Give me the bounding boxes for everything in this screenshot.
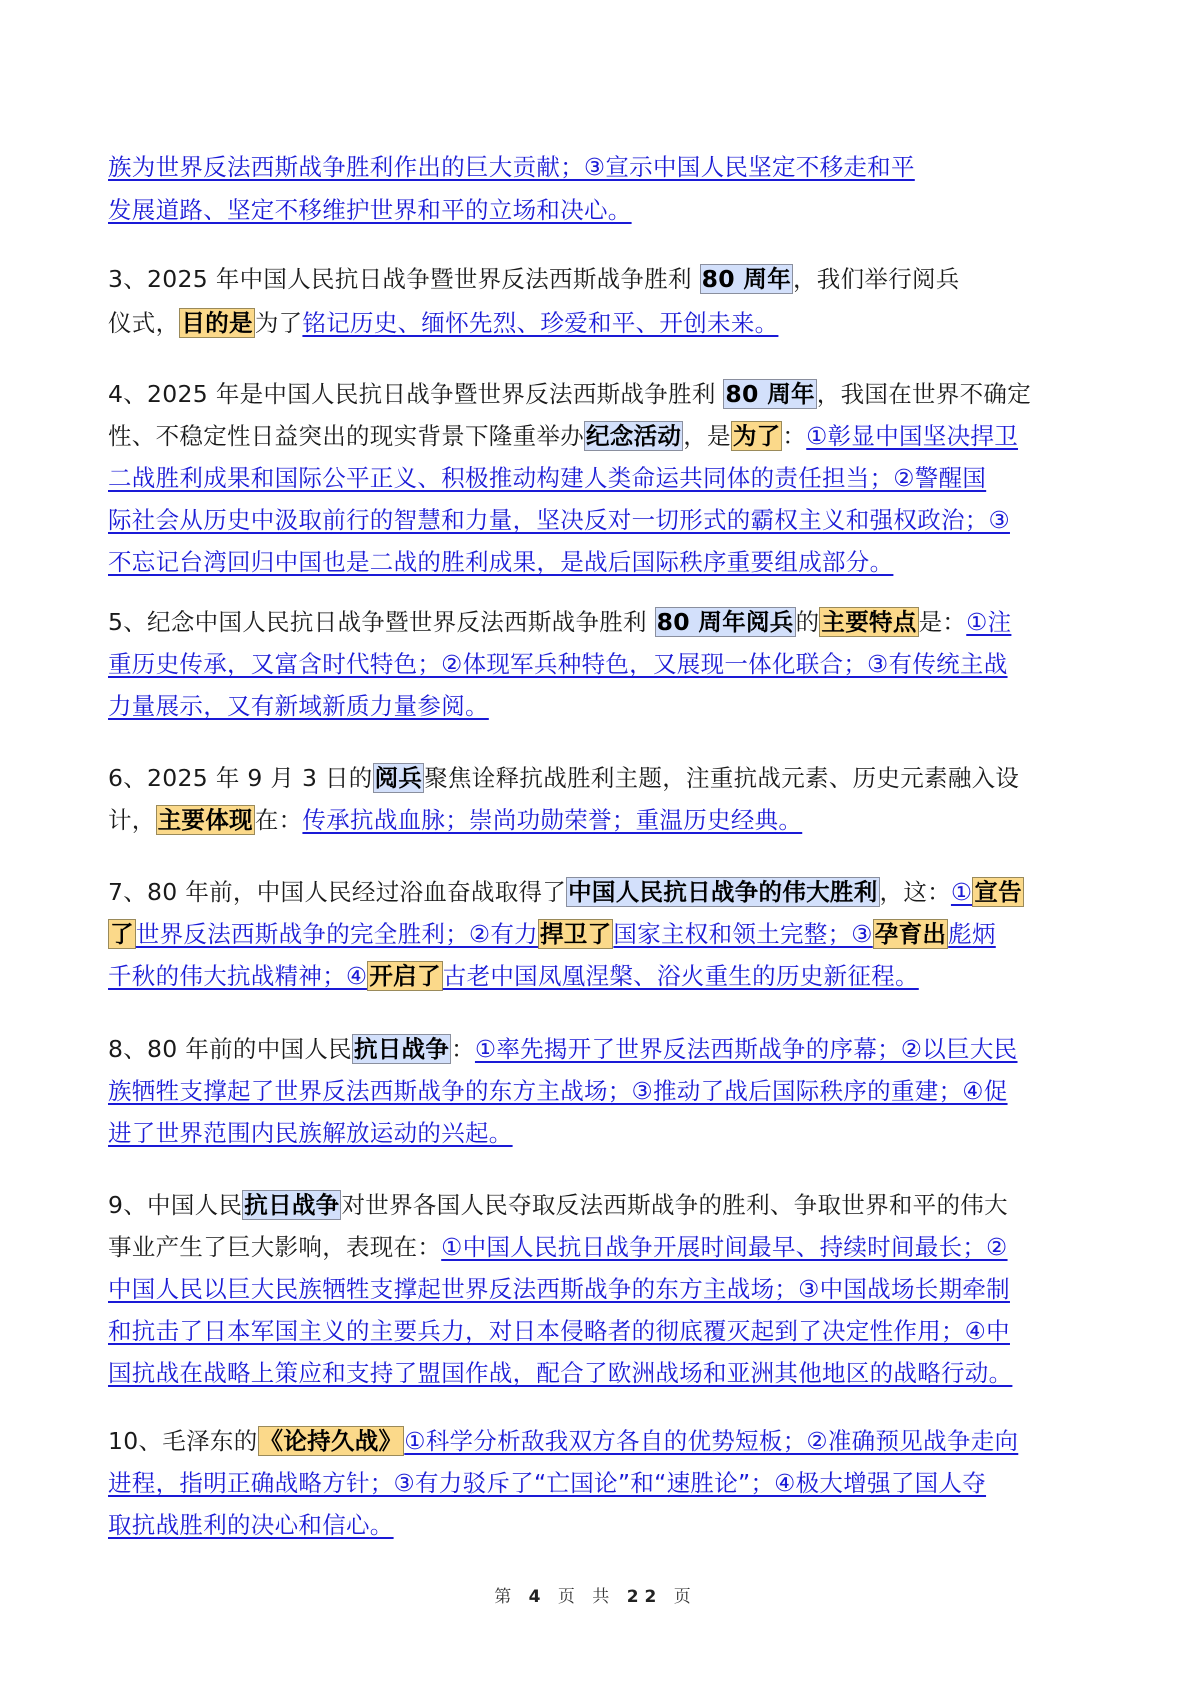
answer-text: 发展道路、坚定不移维护世界和平的立场和决心。 <box>108 196 632 224</box>
question-text: 性、不稳定性日益突出的现实背景下隆重举办 <box>108 422 584 450</box>
question-text: 在： <box>255 806 303 834</box>
answer-text: ①彰显中国坚决捍卫 <box>806 422 1018 450</box>
keyword-highlight: 抗日战争 <box>242 1190 341 1220</box>
item2-line1: 族为世界反法西斯战争胜利作出的巨大贡献；③宣示中国人民坚定不移走和平 <box>108 152 915 186</box>
question-text: 4、2025 年是中国人民抗日战争暨世界反法西斯战争胜利 <box>108 380 723 408</box>
item7-line1: 7、80 年前，中国人民经过浴血奋战取得了中国人民抗日战争的伟大胜利，这：①宣告 <box>108 877 1024 911</box>
item6-line1: 6、2025 年 9 月 3 日的阅兵聚焦诠释抗战胜利主题，注重抗战元素、历史元… <box>108 763 1019 797</box>
question-text: 为了 <box>255 309 303 337</box>
keyword-highlight: 阅兵 <box>373 763 425 793</box>
footer-prefix: 第 <box>494 1587 517 1607</box>
item7-line3: 千秋的伟大抗战精神；④开启了古老中国凤凰涅槃、浴火重生的历史新征程。 <box>108 961 919 995</box>
question-text: ： <box>782 422 806 450</box>
question-text: 的 <box>796 608 820 636</box>
question-text: ： <box>451 1035 475 1063</box>
answer-text: 族牺牲支撑起了世界反法西斯战争的东方主战场；③推动了战后国际秩序的重建；④促 <box>108 1077 1008 1105</box>
question-text: ，我国在世界不确定 <box>817 380 1031 408</box>
question-text: ，这： <box>880 878 951 906</box>
question-text: 9、中国人民 <box>108 1191 242 1219</box>
item4-line3: 二战胜利成果和国际公平正义、积极推动构建人类命运共同体的责任担当；②警醒国 <box>108 463 986 497</box>
answer-text: ① <box>951 878 972 906</box>
answer-text: 进程，指明正确战略方针；③有力驳斥了“亡国论”和“速胜论”；④极大增强了国人夺 <box>108 1469 986 1497</box>
item4-line5: 不忘记台湾回归中国也是二战的胜利成果，是战后国际秩序重要组成部分。 <box>108 547 893 581</box>
keyword-highlight: 抗日战争 <box>352 1034 451 1064</box>
item5-line2: 重历史传承，又富含时代特色；②体现军兵种特色，又展现一体化联合；③有传统主战 <box>108 649 1008 683</box>
page-number-footer: 第 4 页 共 22 页 <box>0 1582 1191 1607</box>
item8-line2: 族牺牲支撑起了世界反法西斯战争的东方主战场；③推动了战后国际秩序的重建；④促 <box>108 1076 1008 1110</box>
item8-line1: 8、80 年前的中国人民抗日战争：①率先揭开了世界反法西斯战争的序幕；②以巨大民 <box>108 1034 1018 1068</box>
answer-text: 和抗击了日本军国主义的主要兵力，对日本侵略者的彻底覆灭起到了决定性作用；④中 <box>108 1317 1010 1345</box>
item4-line2: 性、不稳定性日益突出的现实背景下隆重举办纪念活动，是为了：①彰显中国坚决捍卫 <box>108 421 1018 455</box>
current-page: 4 <box>529 1587 547 1607</box>
answer-text: 二战胜利成果和国际公平正义、积极推动构建人类命运共同体的责任担当；②警醒国 <box>108 464 986 492</box>
answer-text: ①注 <box>966 608 1011 636</box>
keyword-highlight: 开启了 <box>367 961 442 991</box>
answer-text: ①中国人民抗日战争开展时间最早、持续时间最长；② <box>441 1233 1007 1261</box>
keyword-highlight: 孕育出 <box>873 919 948 949</box>
item8-line3: 进了世界范围内民族解放运动的兴起。 <box>108 1118 513 1152</box>
item7-line2: 了世界反法西斯战争的完全胜利；②有力捍卫了国家主权和领土完整；③孕育出彪炳 <box>108 919 996 953</box>
question-text: 3、2025 年中国人民抗日战争暨世界反法西斯战争胜利 <box>108 265 700 293</box>
question-text: 事业产生了巨大影响，表现在： <box>108 1233 441 1261</box>
question-text: 10、毛泽东的 <box>108 1427 258 1455</box>
keyword-highlight: 《论持久战》 <box>258 1426 405 1456</box>
item6-line2: 计，主要体现在：传承抗战血脉；崇尚功勋荣誉；重温历史经典。 <box>108 805 802 839</box>
item9-line1: 9、中国人民抗日战争对世界各国人民夺取反法西斯战争的胜利、争取世界和平的伟大 <box>108 1190 1008 1224</box>
keyword-highlight: 80 周年阅兵 <box>655 607 796 637</box>
keyword-highlight: 为了 <box>731 421 783 451</box>
answer-text: 国抗战在战略上策应和支持了盟国作战，配合了欧洲战场和亚洲其他地区的战略行动。 <box>108 1359 1012 1387</box>
keyword-highlight: 纪念活动 <box>584 421 683 451</box>
question-text: ，我们举行阅兵 <box>793 265 960 293</box>
item10-line3: 取抗战胜利的决心和信心。 <box>108 1510 394 1544</box>
keyword-highlight: 捍卫了 <box>538 919 613 949</box>
question-text: 计， <box>108 806 156 834</box>
question-text: 仪式， <box>108 309 179 337</box>
answer-text: 族为世界反法西斯战争胜利作出的巨大贡献；③宣示中国人民坚定不移走和平 <box>108 153 915 181</box>
answer-text: 重历史传承，又富含时代特色；②体现军兵种特色，又展现一体化联合；③有传统主战 <box>108 650 1008 678</box>
answer-text: 取抗战胜利的决心和信心。 <box>108 1511 394 1539</box>
item5-line3: 力量展示，又有新域新质力量参阅。 <box>108 691 489 725</box>
question-text: ，是 <box>683 422 731 450</box>
item5-line1: 5、纪念中国人民抗日战争暨世界反法西斯战争胜利 80 周年阅兵的主要特点是：①注 <box>108 607 1011 641</box>
keyword-highlight: 主要特点 <box>819 607 918 637</box>
answer-text: 传承抗战血脉；崇尚功勋荣誉；重温历史经典。 <box>302 806 802 834</box>
question-text: 6、2025 年 9 月 3 日的 <box>108 764 373 792</box>
keyword-highlight: 主要体现 <box>156 805 255 835</box>
item9-line5: 国抗战在战略上策应和支持了盟国作战，配合了欧洲战场和亚洲其他地区的战略行动。 <box>108 1358 1012 1392</box>
answer-text: 国家主权和领土完整；③ <box>613 920 872 948</box>
answer-text: 彪炳 <box>948 920 996 948</box>
item4-line1: 4、2025 年是中国人民抗日战争暨世界反法西斯战争胜利 80 周年，我国在世界… <box>108 379 1031 413</box>
item10-line1: 10、毛泽东的《论持久战》①科学分析敌我双方各自的优势短板；②准确预见战争走向 <box>108 1426 1018 1460</box>
answer-text: 不忘记台湾回归中国也是二战的胜利成果，是战后国际秩序重要组成部分。 <box>108 548 893 576</box>
total-pages: 22 <box>627 1587 663 1607</box>
item9-line4: 和抗击了日本军国主义的主要兵力，对日本侵略者的彻底覆灭起到了决定性作用；④中 <box>108 1316 1010 1350</box>
footer-suffix: 页 <box>674 1587 697 1607</box>
item9-line2: 事业产生了巨大影响，表现在：①中国人民抗日战争开展时间最早、持续时间最长；② <box>108 1232 1008 1266</box>
question-text: 7、80 年前，中国人民经过浴血奋战取得了 <box>108 878 566 906</box>
answer-text: 古老中国凤凰涅槃、浴火重生的历史新征程。 <box>443 962 919 990</box>
question-text: 8、80 年前的中国人民 <box>108 1035 352 1063</box>
keyword-highlight: 宣告 <box>972 877 1024 907</box>
item3-line2: 仪式，目的是为了铭记历史、缅怀先烈、珍爱和平、开创未来。 <box>108 308 778 342</box>
keyword-highlight: 了 <box>108 919 136 949</box>
answer-text: 千秋的伟大抗战精神；④ <box>108 962 367 990</box>
answer-text: ①科学分析敌我双方各自的优势短板；②准确预见战争走向 <box>404 1427 1018 1455</box>
item10-line2: 进程，指明正确战略方针；③有力驳斥了“亡国论”和“速胜论”；④极大增强了国人夺 <box>108 1468 986 1502</box>
answer-text: 世界反法西斯战争的完全胜利；②有力 <box>136 920 538 948</box>
keyword-highlight: 中国人民抗日战争的伟大胜利 <box>566 877 879 907</box>
item4-line4: 际社会从历史中汲取前行的智慧和力量，坚决反对一切形式的霸权主义和强权政治；③ <box>108 505 1010 539</box>
footer-mid: 页 共 <box>558 1587 615 1607</box>
keyword-highlight: 目的是 <box>179 308 254 338</box>
question-text: 聚焦诠释抗战胜利主题，注重抗战元素、历史元素融入设 <box>424 764 1019 792</box>
answer-text: 力量展示，又有新域新质力量参阅。 <box>108 692 489 720</box>
keyword-highlight: 80 周年 <box>700 264 793 294</box>
question-text: 对世界各国人民夺取反法西斯战争的胜利、争取世界和平的伟大 <box>341 1191 1007 1219</box>
question-text: 5、纪念中国人民抗日战争暨世界反法西斯战争胜利 <box>108 608 655 636</box>
question-text: 是： <box>919 608 967 636</box>
item2-line2: 发展道路、坚定不移维护世界和平的立场和决心。 <box>108 195 632 229</box>
item3-line1: 3、2025 年中国人民抗日战争暨世界反法西斯战争胜利 80 周年，我们举行阅兵 <box>108 264 960 298</box>
answer-text: 进了世界范围内民族解放运动的兴起。 <box>108 1119 513 1147</box>
answer-text: 际社会从历史中汲取前行的智慧和力量，坚决反对一切形式的霸权主义和强权政治；③ <box>108 506 1010 534</box>
item9-line3: 中国人民以巨大民族牺牲支撑起世界反法西斯战争的东方主战场；③中国战场长期牵制 <box>108 1274 1010 1308</box>
document-page: 族为世界反法西斯战争胜利作出的巨大贡献；③宣示中国人民坚定不移走和平 发展道路、… <box>0 0 1191 1684</box>
answer-text: ①率先揭开了世界反法西斯战争的序幕；②以巨大民 <box>475 1035 1018 1063</box>
answer-text: 铭记历史、缅怀先烈、珍爱和平、开创未来。 <box>302 309 778 337</box>
keyword-highlight: 80 周年 <box>723 379 816 409</box>
answer-text: 中国人民以巨大民族牺牲支撑起世界反法西斯战争的东方主战场；③中国战场长期牵制 <box>108 1275 1010 1303</box>
